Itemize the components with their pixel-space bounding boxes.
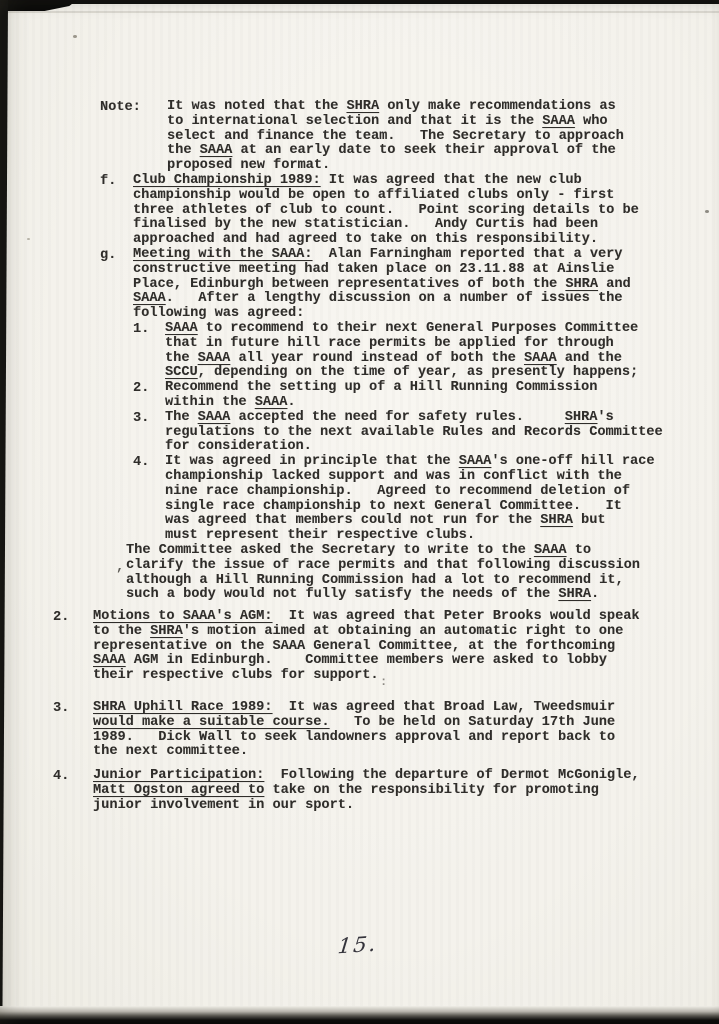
text-line: regulations to the next available Rules … [165,426,719,441]
text-line: three athletes of club to count. Point s… [133,204,719,219]
text-line: SAAA. After a lengthy discussion on a nu… [133,292,719,307]
item-g-marker: g. [100,248,116,263]
text-line: It was agreed in principle that the SAAA… [165,455,719,470]
text-line: would make a suitable course. To be held… [93,716,719,731]
text-line: finalised by the new statistician. Andy … [133,218,719,233]
item-g-3-block: 3.The SAAA accepted the need for safety … [0,411,719,455]
text-line: Recommend the setting up of a Hill Runni… [165,381,719,396]
g-tail-block: The Committee asked the Secretary to wri… [0,544,719,603]
text-line: SAAA to recommend to their next General … [165,322,719,337]
text-line: to international selection and that it i… [167,115,719,130]
text-line: approached and had agreed to take on thi… [133,233,719,248]
item-2-block: 2.Motions to SAAA's AGM: It was agreed t… [0,610,719,684]
text-line: The SAAA accepted the need for safety ru… [165,411,719,426]
item-3-block: 3.SHRA Uphill Race 1989: It was agreed t… [0,701,719,760]
item-3-marker: 3. [53,701,69,716]
item-g-2-block: 2.Recommend the setting up of a Hill Run… [0,381,719,411]
text-line: the next committee. [93,745,719,760]
scan-corner-blob [0,0,77,11]
item-g-1-block: 1.SAAA to recommend to their next Genera… [0,322,719,381]
text-line: that in future hill race permits be appl… [165,337,719,352]
text-line: the SAAA all year round instead of both … [165,352,719,367]
scan-speck [73,35,77,38]
scan-top-shadow [0,11,719,13]
text-line: proposed new format. [167,159,719,174]
document-body: Note:It was noted that the SHRA only mak… [0,100,719,814]
text-line: Motions to SAAA's AGM: It was agreed tha… [93,610,719,625]
item-4-marker: 4. [53,769,69,784]
text-line: SHRA Uphill Race 1989: It was agreed tha… [93,701,719,716]
text-line: The Committee asked the Secretary to wri… [126,544,719,559]
item-g-2-marker: 2. [133,381,149,396]
text-line: Meeting with the SAAA: Alan Farningham r… [133,248,719,263]
text-line: championship would be open to affiliated… [133,189,719,204]
item-2-marker: 2. [53,610,69,625]
scan-edge-bottom [0,1006,719,1024]
text-line: championship lacked support and was in c… [165,470,719,485]
text-line: within the SAAA. [165,396,719,411]
text-line: Club Championship 1989: It was agreed th… [133,174,719,189]
note-marker: Note: [100,100,141,115]
text-line: such a body would not fully satisfy the … [126,588,719,603]
scanned-minutes-page: Note:It was noted that the SHRA only mak… [0,0,719,1024]
scan-edge-top [0,0,719,4]
text-line: clarify the issue of race permits and th… [126,559,719,574]
text-line: junior involvement in our sport. [93,799,719,814]
text-line: for consideration. [165,440,719,455]
text-line: to the SHRA's motion aimed at obtaining … [93,625,719,640]
text-line: following was agreed: [133,307,719,322]
text-line: must represent their respective clubs. [165,529,719,544]
item-g-4-marker: 4. [133,455,149,470]
text-line: Place, Edinburgh between representatives… [133,278,719,293]
item-g-block: g.Meeting with the SAAA: Alan Farningham… [0,248,719,322]
scan-speck [27,238,30,240]
text-line: the SAAA at an early date to seek their … [167,144,719,159]
item-f-block: f.Club Championship 1989: It was agreed … [0,174,719,248]
text-line: representative on the SAAA General Commi… [93,640,719,655]
text-line: was agreed that members could not run fo… [165,514,719,529]
note-block: Note:It was noted that the SHRA only mak… [0,100,719,174]
text-line: Matt Ogston agreed to take on the respon… [93,784,719,799]
text-line: select and finance the team. The Secreta… [167,130,719,145]
text-line: nine race championship. Agreed to recomm… [165,485,719,500]
item-f-marker: f. [100,174,116,189]
text-line: constructive meeting had taken place on … [133,263,719,278]
text-line: Junior Participation: Following the depa… [93,769,719,784]
text-line: their respective clubs for support. [93,669,719,684]
text-line: SCCU, depending on the time of year, as … [165,366,719,381]
scan-speck [705,210,709,213]
stray-comma-mark: , [116,560,124,575]
item-4-block: 4.Junior Participation: Following the de… [0,769,719,813]
stray-colon-mark: : [380,675,387,689]
item-g-3-marker: 3. [133,411,149,426]
text-line: 1989. Dick Wall to seek landowners appro… [93,731,719,746]
item-g-1-marker: 1. [133,322,149,337]
item-g-4-block: 4.It was agreed in principle that the SA… [0,455,719,544]
page-number: 15. [337,932,379,959]
text-line: SAAA AGM in Edinburgh. Committee members… [93,654,719,669]
text-line: It was noted that the SHRA only make rec… [167,100,719,115]
text-line: single race championship to next General… [165,500,719,515]
text-line: although a Hill Running Commission had a… [126,574,719,589]
